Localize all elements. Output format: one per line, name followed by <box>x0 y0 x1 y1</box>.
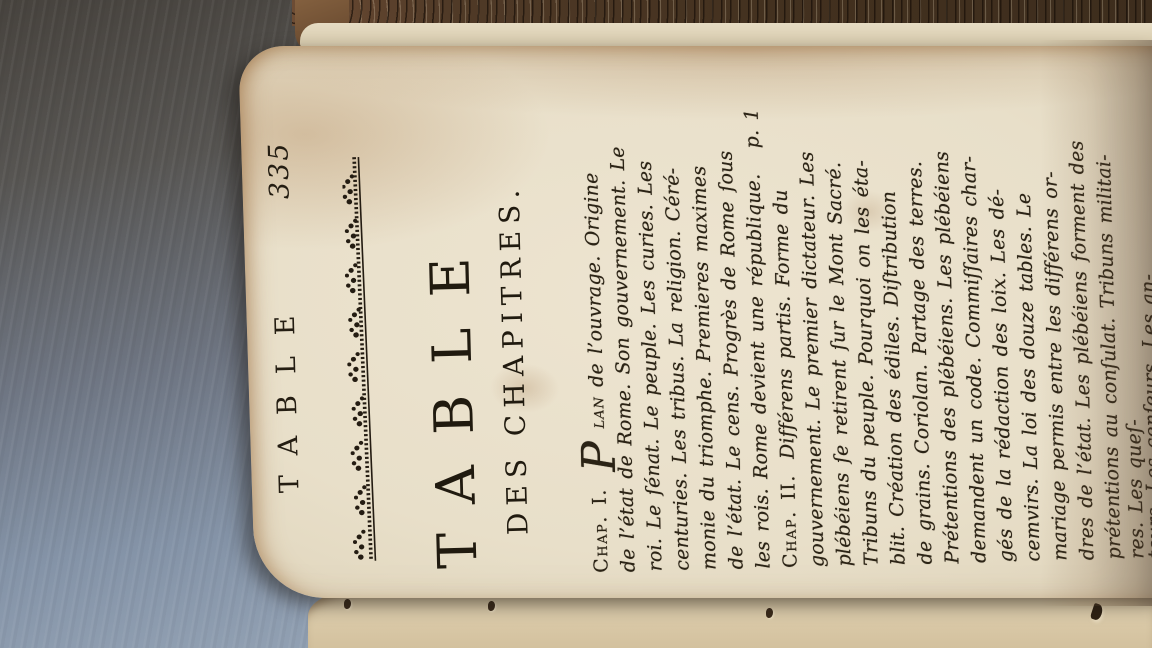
chapter-label: Chap. I. <box>588 482 612 573</box>
ornament-garland <box>342 155 381 564</box>
line-text: de l’ouvrage. Origine <box>580 172 608 387</box>
page-content: TABLE 335 TABLE DES CHAPITRES. Chap. I. … <box>236 0 1152 628</box>
smallcaps-word: lan <box>586 396 609 429</box>
page-number: 335 <box>263 141 295 199</box>
page-ref: p. 1 <box>741 108 764 165</box>
curl-shadow <box>1040 40 1152 606</box>
running-head: TABLE <box>269 294 305 493</box>
chapter-subtitle: DES CHAPITRES. <box>492 182 534 535</box>
running-head-row: TABLE 335 <box>260 26 320 627</box>
chapter-label: Chap. II. <box>777 468 802 568</box>
line-text: Différens partis. Forme du <box>770 189 799 459</box>
chapter-title: TABLE <box>418 226 490 570</box>
